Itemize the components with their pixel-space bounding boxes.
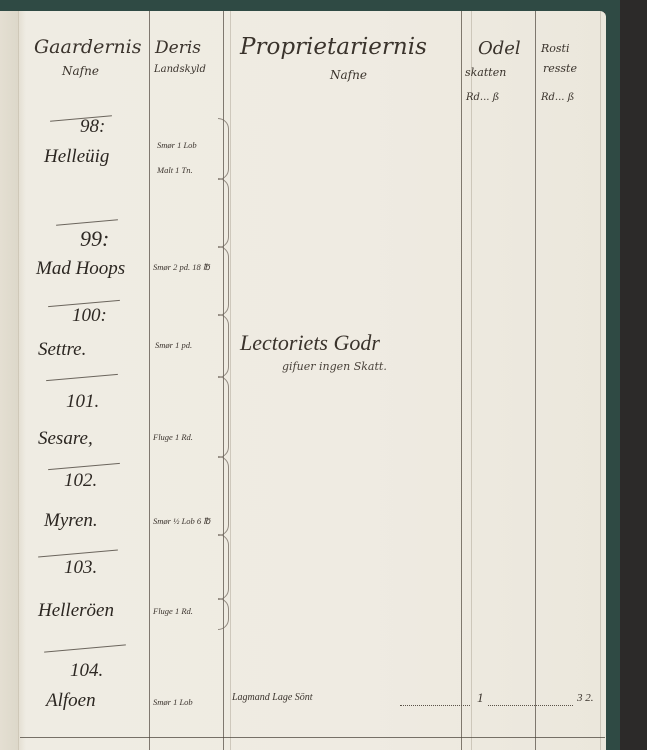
header-farm-name-line1: Gaardernis [34,36,141,58]
owner-name: Lagmand Lage Sönt [232,692,313,703]
row-number: 98: [80,116,105,138]
farm-name: Helleüig [44,146,109,168]
leader-dots [400,704,470,706]
header-remainder-line1: Rosti [541,42,570,55]
bracket-brace [218,178,229,248]
column-rule-2b [230,11,231,750]
row-number: 100: [72,305,107,327]
bracket-brace [218,376,229,458]
row-number: 104. [70,660,103,682]
row-number: 101. [66,391,99,413]
header-farm-name-line2: Nafne [62,64,99,78]
column-rule-3b [471,11,472,750]
total-rule [20,737,605,738]
header-owner-name-line1: Proprietariernis [240,34,427,60]
column-rule-3 [461,11,462,750]
bracket-brace [218,456,229,536]
header-odel-line2: skatten [465,66,506,79]
row-number: 99: [80,226,109,252]
odel-tax-value: 1 [477,690,484,706]
row-number: 102. [64,470,97,492]
land-tax: Smør 1 Lob [153,697,193,707]
scanner-border-right [605,0,620,750]
land-tax: Smør 1 pd. [155,340,192,350]
land-tax-line2: Malt 1 Tn. [157,165,193,175]
header-land-tax-line2: Landskyld [154,64,206,75]
header-remainder-line2: resste [543,62,577,75]
bracket-brace [218,118,229,180]
bracket-brace [218,246,229,316]
column-rule-1 [149,11,150,750]
land-tax: Fluge 1 Rd. [153,432,193,442]
exemption-note-line1: Lectoriets Godr [240,330,380,356]
page-right-margin [600,11,601,750]
land-tax: Smør 2 pd. 18 ℔ [153,262,210,273]
header-remainder-unit: Rd... ß [541,92,574,103]
column-rule-4 [535,11,536,750]
header-odel-unit: Rd... ß [466,92,499,103]
farm-name: Helleröen [38,600,114,622]
farm-name: Alfoen [46,690,96,712]
leader-dots [488,704,573,706]
bracket-brace [218,534,229,600]
header-owner-name-line2: Nafne [330,68,367,82]
land-tax: Fluge 1 Rd. [153,606,193,616]
exemption-note-line2: gifuer ingen Skatt. [282,360,387,373]
remainder-value: 3 2. [577,692,594,704]
farm-name: Sesare, [38,428,93,450]
farm-name: Mad Hoops [36,258,125,280]
header-land-tax-line1: Deris [155,38,201,58]
previous-page-edge [0,11,19,750]
header-odel-line1: Odel [478,38,521,59]
bracket-brace [218,314,229,378]
land-tax: Smør ½ Lob 6 ℔ [153,516,210,527]
row-number: 103. [64,557,97,579]
farm-name: Myren. [44,510,98,532]
land-tax: Smør 1 Lob [157,140,197,150]
farm-name: Settre. [38,339,86,361]
